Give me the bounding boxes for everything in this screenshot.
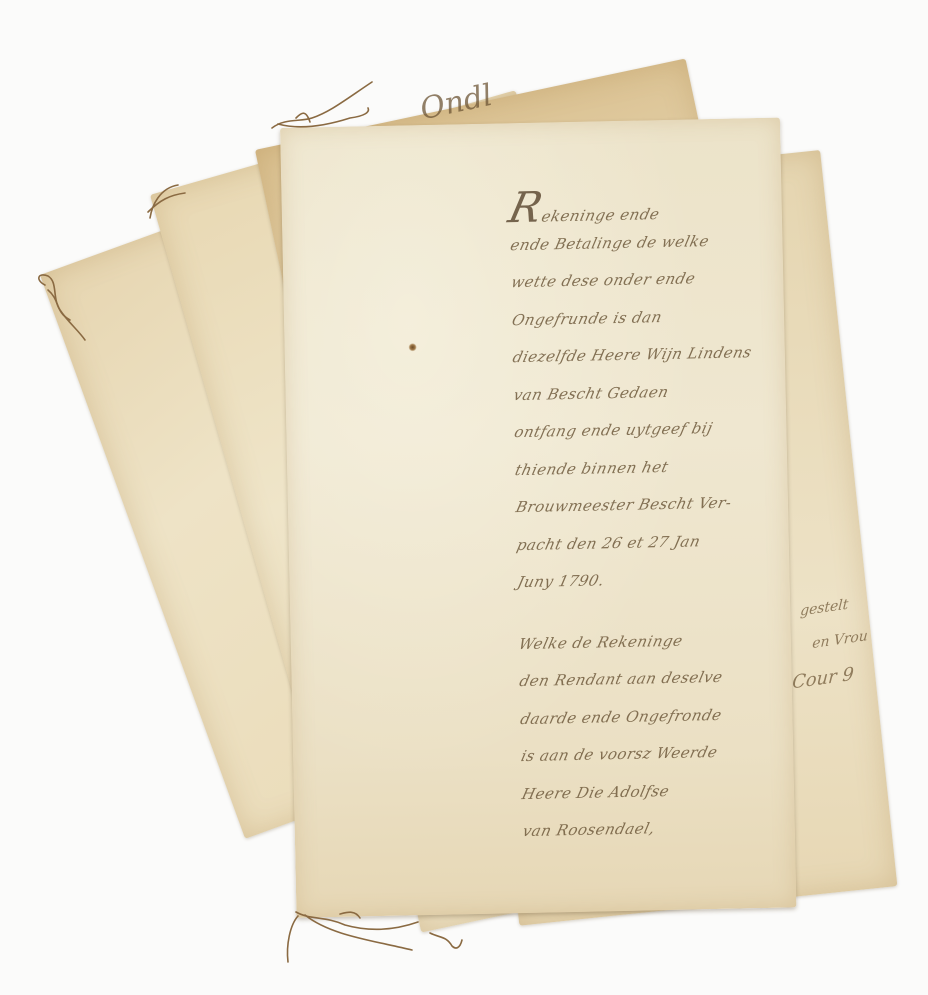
hw-line-1: ende Betalinge de welke xyxy=(506,221,775,264)
hw-line-10: Juny 1790. xyxy=(513,559,782,602)
hw-line-4: diezelfde Heere Wijn Lindens xyxy=(509,334,778,377)
hw-line-2: wette dese onder ende xyxy=(507,259,776,302)
hw-line-3: Ongefrunde is dan xyxy=(508,296,777,339)
hw-line-16: van Roosendael, xyxy=(519,808,788,851)
hw-line-9: pacht den 26 et 27 Jan xyxy=(513,521,782,564)
front-manuscript-sheet: Rekeninge ende ende Betalinge de welke w… xyxy=(280,118,796,918)
hw-line-15: Heere Die Adolfse xyxy=(518,770,787,813)
hw-line-12: den Rendant aan deselve xyxy=(515,658,784,701)
hw-line-5: van Bescht Gedaen xyxy=(509,371,778,414)
handwritten-text: Rekeninge ende ende Betalinge de welke w… xyxy=(509,184,783,851)
hw-line-11: Welke de Rekeninge xyxy=(515,620,784,663)
hw-line-8: Brouwmeester Bescht Ver- xyxy=(512,484,781,527)
hw-line-6: ontfang ende uytgeef bij xyxy=(510,409,779,452)
hw-line-7: thiende binnen het xyxy=(511,446,780,489)
hw-line-text: ekeninge ende xyxy=(540,205,662,226)
hw-line-0: Rekeninge ende xyxy=(505,184,774,227)
photo-scene: Ondl gestelt en Vrou Cour 9 Rekeninge en… xyxy=(0,0,928,995)
hw-line-13: daarde ende Ongefronde xyxy=(516,695,785,738)
ink-stain xyxy=(409,343,417,351)
hw-line-14: is aan de voorsz Weerde xyxy=(517,733,786,776)
